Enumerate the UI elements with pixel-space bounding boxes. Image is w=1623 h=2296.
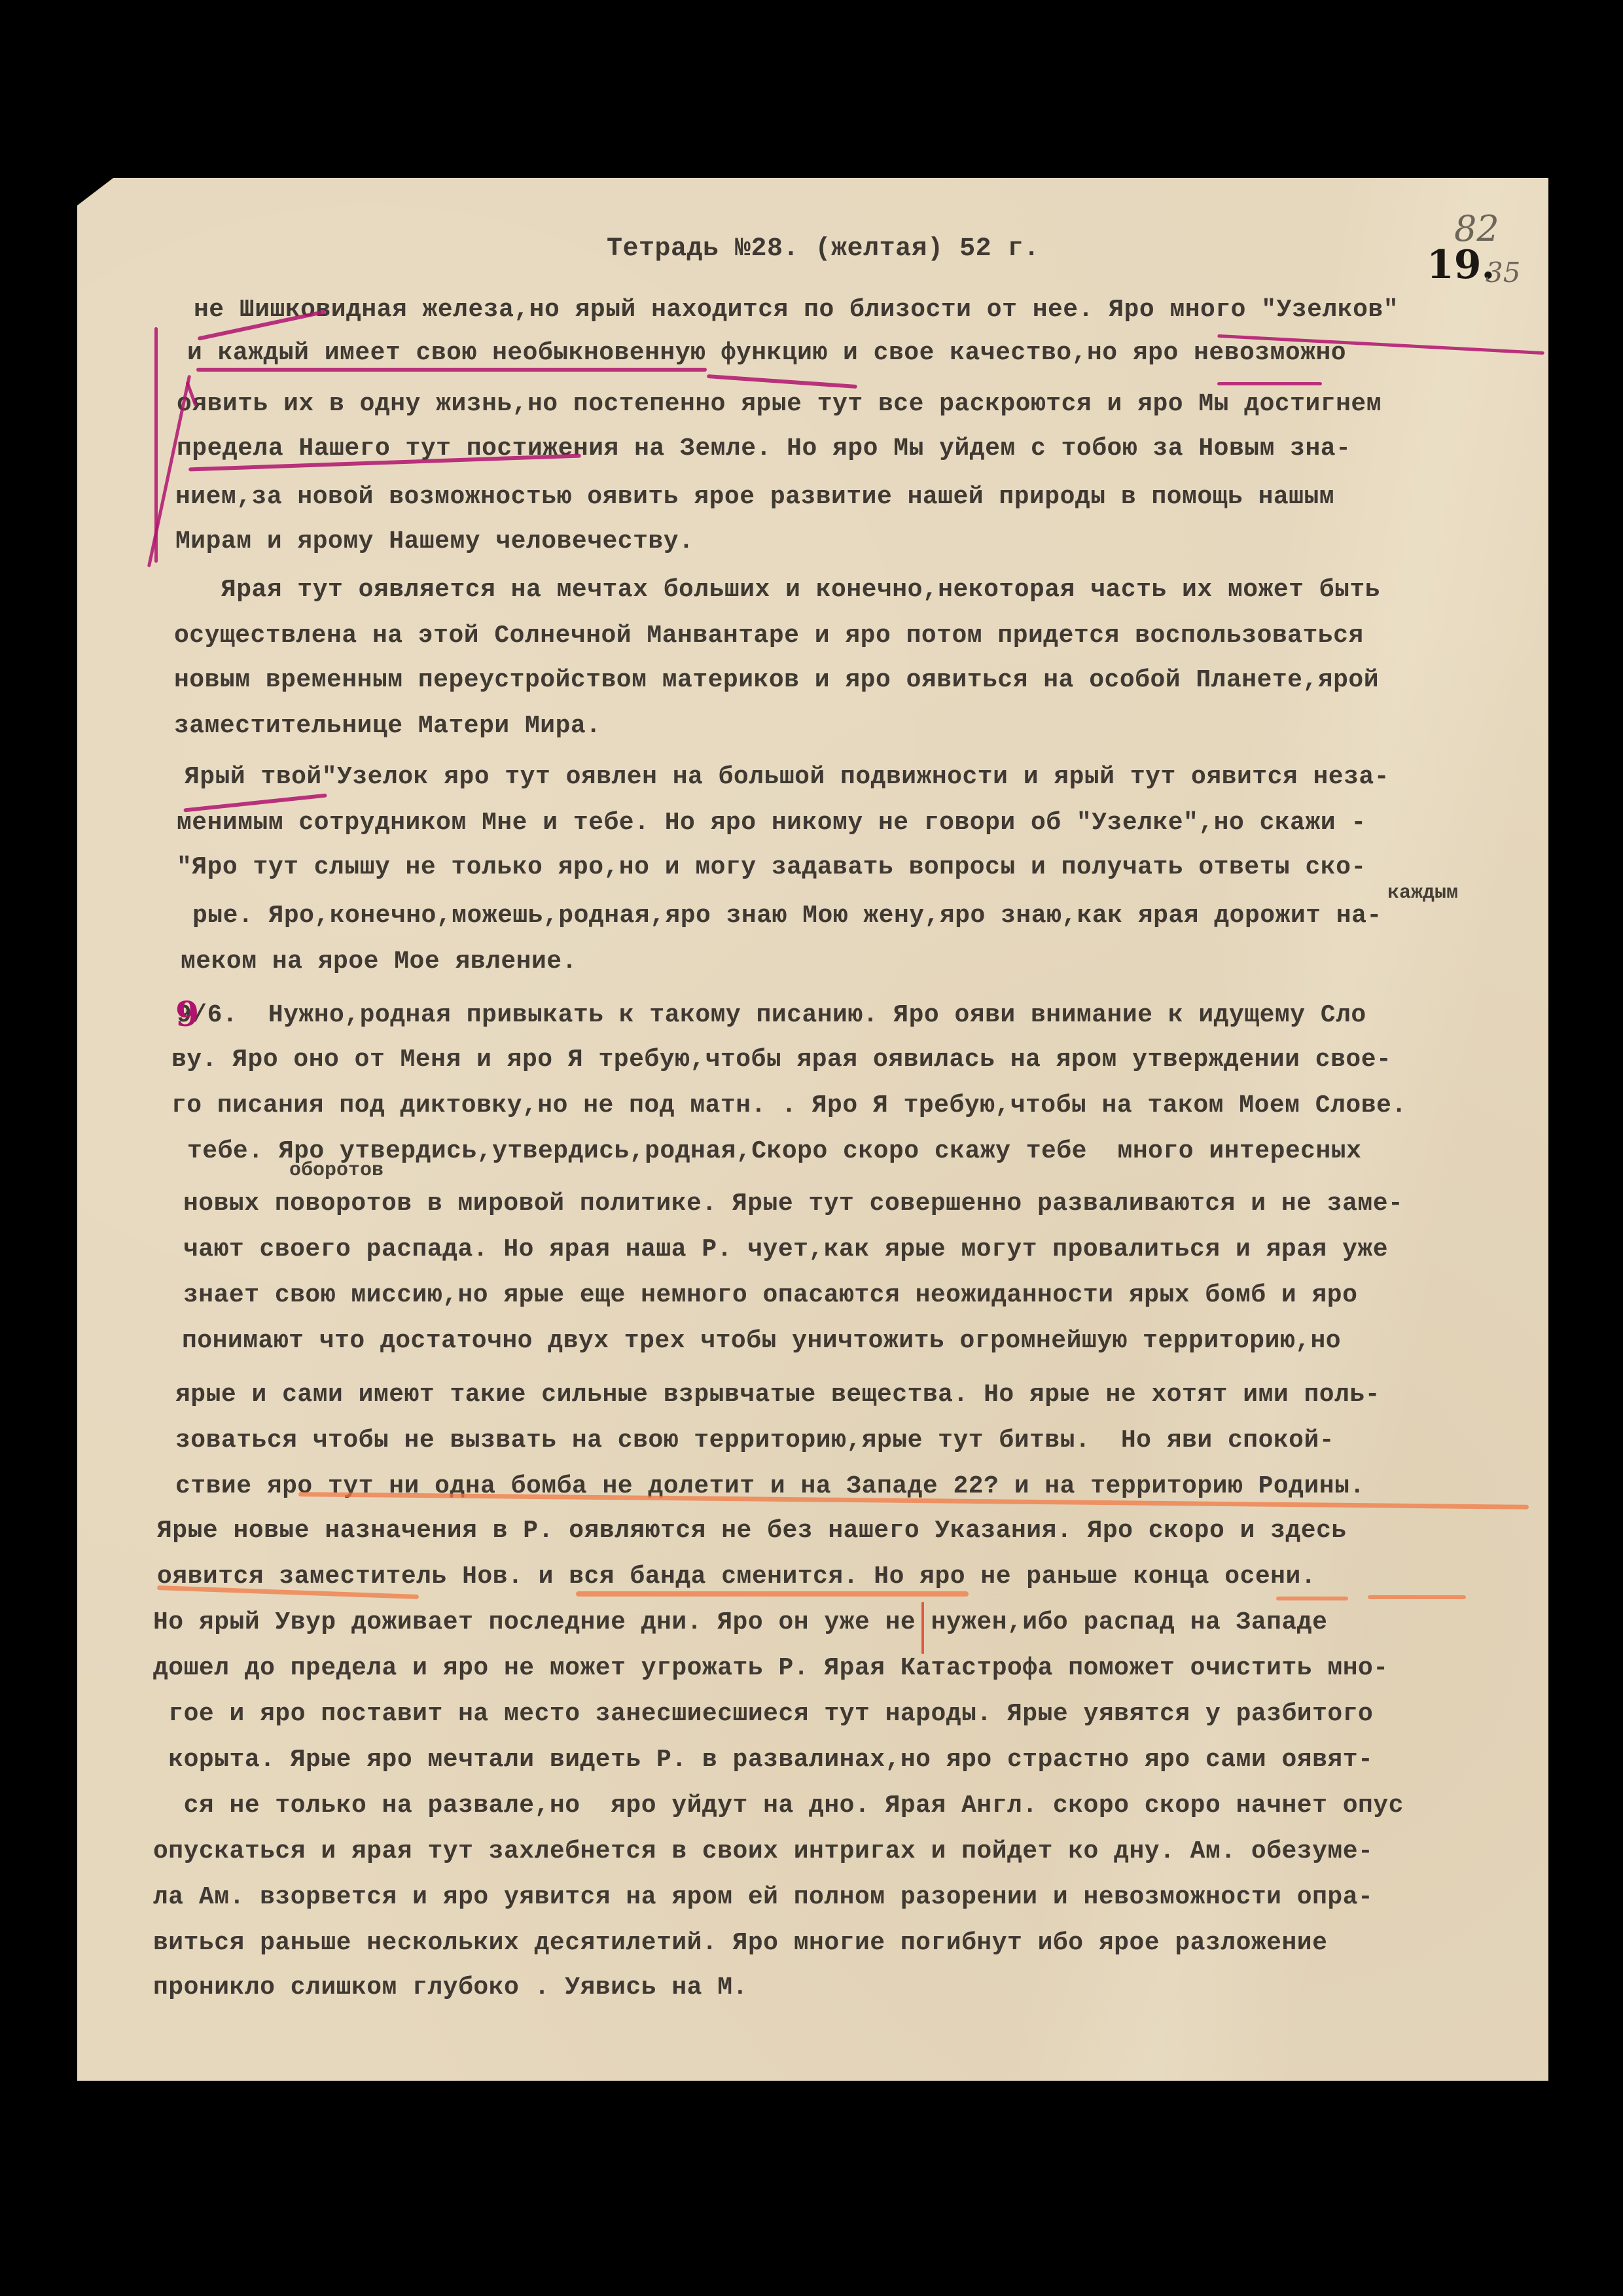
text-line: проникло слишком глубоко . Уявись на М. — [153, 1973, 748, 2002]
text-line: новым временным переустройством материко… — [174, 666, 1379, 694]
text-line: меком на ярое Мое явление. — [181, 947, 577, 976]
text-line: заместительнице Матери Мира. — [174, 712, 601, 740]
stamped-folio-number: 19. — [1427, 242, 1495, 288]
orange-correction-mark — [921, 1602, 924, 1654]
text-line: опускаться и ярая тут захлебнется в свои… — [153, 1837, 1373, 1865]
text-line: менимым сотрудником Мне и тебе. Но яро н… — [177, 809, 1366, 837]
text-line: оявится заместитель Нов. и вся банда сме… — [157, 1563, 1316, 1591]
text-line: понимают что достаточно двух трех чтобы … — [182, 1327, 1341, 1355]
text-line: го писания под диктовку,но не под матн. … — [171, 1091, 1407, 1120]
text-line: рые. Яро,конечно,можешь,родная,яро знаю … — [192, 902, 1382, 930]
text-line: Мирам и ярому Нашему человечеству. — [175, 527, 694, 556]
typed-insertion: оборотов — [289, 1159, 383, 1182]
orange-underline — [1276, 1597, 1348, 1600]
text-line: "Яро тут слышу не только яро,но и могу з… — [177, 853, 1366, 881]
text-line: нием,за новой возможностью оявить ярое р… — [175, 483, 1334, 511]
text-line: чают своего распада. Но ярая наша Р. чуе… — [183, 1235, 1388, 1263]
text-line: не Шишковидная железа,но ярый находится … — [194, 296, 1399, 324]
handwritten-folio-bottom: 35 — [1486, 256, 1520, 289]
text-line: оявить их в одну жизнь,но постепенно яры… — [177, 390, 1382, 418]
orange-underline — [1368, 1595, 1466, 1599]
text-line: знает свою миссию,но ярые еще немного оп… — [183, 1281, 1357, 1309]
text-line: 9/6. Нужно,родная привыкать к такому пис… — [177, 1001, 1366, 1029]
text-line: ярые и сами имеют такие сильные взрывчат… — [175, 1381, 1380, 1409]
text-line: новых поворотов в мировой политике. Ярые… — [183, 1190, 1403, 1218]
orange-underline — [576, 1591, 969, 1597]
text-line: дошел до предела и яро не может угрожать… — [153, 1654, 1389, 1682]
text-line: зоваться чтобы не вызвать на свою террит… — [175, 1426, 1334, 1455]
text-line: и каждый имеет свою необыкновенную функц… — [187, 339, 1346, 367]
text-line: гое и яро поставит на место занесшиесшие… — [153, 1700, 1373, 1728]
text-line: ся не только на развале,но яро уйдут на … — [153, 1792, 1404, 1820]
typed-insertion: каждым — [1387, 882, 1458, 904]
text-line: осуществлена на этой Солнечной Манвантар… — [174, 622, 1364, 650]
magenta-underline — [196, 368, 707, 372]
notebook-header: Тетрадь №28. (желтая) 52 г. — [607, 234, 1040, 264]
text-line: Ярый твой"Узелок яро тут оявлен на больш… — [185, 763, 1389, 791]
text-line: ла Ам. взорвется и яро уявится на яром е… — [153, 1883, 1373, 1911]
text-line: Ярые новые назначения в Р. оявляются не … — [157, 1517, 1347, 1545]
text-line: предела Нашего тут постижения на Земле. … — [177, 434, 1351, 463]
text-line: Но ярый Увур доживает последние дни. Яро… — [153, 1608, 1327, 1636]
text-line: Ярая тут оявляется на мечтах больших и к… — [175, 576, 1380, 604]
magenta-underline — [1217, 382, 1322, 385]
text-line: виться раньше нескольких десятилетий. Яр… — [153, 1929, 1327, 1957]
date-mark-correction: 9 — [175, 995, 199, 1034]
text-line: ву. Яро оно от Меня и яро Я требую,чтобы… — [171, 1046, 1391, 1074]
text-line: корыта. Ярые яро мечтали видеть Р. в раз… — [153, 1746, 1373, 1774]
